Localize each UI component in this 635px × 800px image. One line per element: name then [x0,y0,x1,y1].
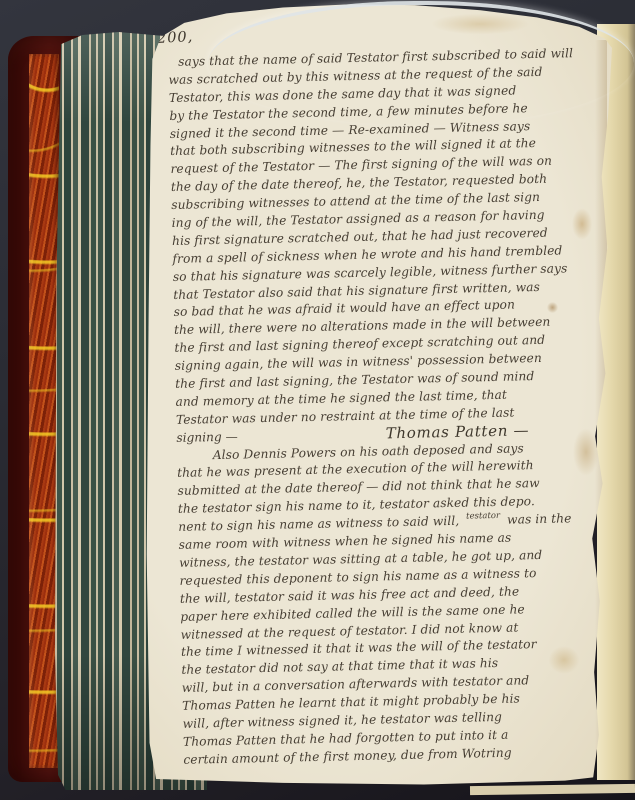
manuscript-page: 200, says that the name of said Testator… [142,4,612,790]
deposition-powers: Also Dennis Powers on his oath deposed a… [177,438,604,519]
bottom-page-sliver [470,784,635,795]
inserted-word: testator [466,508,500,527]
insert-after-text: was in the [507,511,572,526]
photo-background: 200, says that the name of said Testator… [0,0,635,800]
deposition-powers-continued: same room with witness when he signed hi… [179,528,610,770]
marbled-cover-strip [29,54,59,768]
signature-left-text: signing — [176,428,238,447]
foxing-stain [415,10,545,38]
page-number: 200, [157,29,194,47]
deposition-patten: says that the name of said Testator firs… [168,45,602,430]
manuscript-text: says that the name of said Testator firs… [168,45,610,770]
